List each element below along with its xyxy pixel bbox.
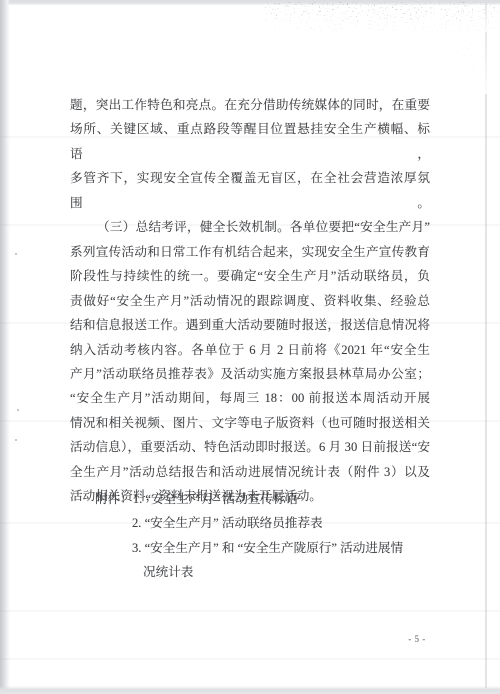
page-edge-bottom	[0, 686, 500, 694]
scanned-page: { "doc": { "body_lines": [ "题，突出工作特色和亮点。…	[0, 0, 500, 694]
body-line: 题，突出工作特色和亮点。在充分借助传统媒体的同时，在重要	[70, 93, 430, 117]
scan-streak	[0, 610, 500, 612]
page-number: - 5 -	[400, 634, 434, 644]
attachment-line: 况统计表	[70, 560, 460, 584]
body-line: “安全生产月”活动期间，每周三 18：00 前报送本周活动开展	[70, 386, 430, 410]
body-line: 结和信息报送工作。遇到重大活动要随时报送，报送信息情况将	[70, 313, 430, 337]
document-body-text: 题，突出工作特色和亮点。在充分借助传统媒体的同时，在重要 场所、关键区域、重点路…	[70, 93, 430, 509]
scan-speck	[15, 253, 17, 255]
body-line: 责做好“安全生产月”活动情况的跟踪调度、资料收集、经验总	[70, 289, 430, 313]
scan-noise-right-edge	[448, 22, 494, 94]
attachment-list: 附件：1. “安全生产月” 活动宣传标语 2. “安全生产月” 活动联络员推荐表…	[70, 487, 460, 585]
body-line: 场所、关键区域、重点路段等醒目位置悬挂安全生产横幅、标语，	[70, 117, 430, 166]
scan-speck	[15, 439, 17, 441]
body-line: 情况和相关视频、图片、文字等电子版资料（也可随时报送相关	[70, 411, 430, 435]
attachment-line: 附件：1. “安全生产月” 活动宣传标语	[70, 487, 460, 511]
attachment-line: 2. “安全生产月” 活动联络员推荐表	[70, 511, 460, 535]
page-fold-line	[485, 4, 487, 688]
body-line: 纳入活动考核内容。各单位于 6 月 2 日前将《2021 年“安全生	[70, 338, 430, 362]
body-line: 产月”活动联络员推荐表》及活动实施方案报县林草局办公室；	[70, 362, 430, 386]
scan-streak	[0, 658, 500, 660]
body-line: 系列宣传活动和日常工作有机结合起来，实现安全生产宣传教育	[70, 240, 430, 264]
body-line: 阶段性与持续性的统一。要确定“安全生产月”活动联络员，负	[70, 264, 430, 288]
body-line: 全生产月”活动总结报告和活动进展情况统计表（附件 3）以及	[70, 460, 430, 484]
scan-speck	[17, 409, 19, 411]
body-line: （三）总结考评，健全长效机制。各单位要把“安全生产月”	[70, 215, 430, 239]
page-edge-left	[0, 0, 10, 694]
noise-fade	[448, 22, 494, 94]
attachment-line: 3. “安全生产月” 和 “安全生产陇原行” 活动进展情	[70, 536, 460, 560]
body-line: 多管齐下，实现安全宣传全覆盖无盲区，在全社会营造浓厚氛围。	[70, 166, 430, 215]
body-line: 活动信息），重要活动、特色活动即时报送。6 月 30 日前报送“安	[70, 435, 430, 459]
